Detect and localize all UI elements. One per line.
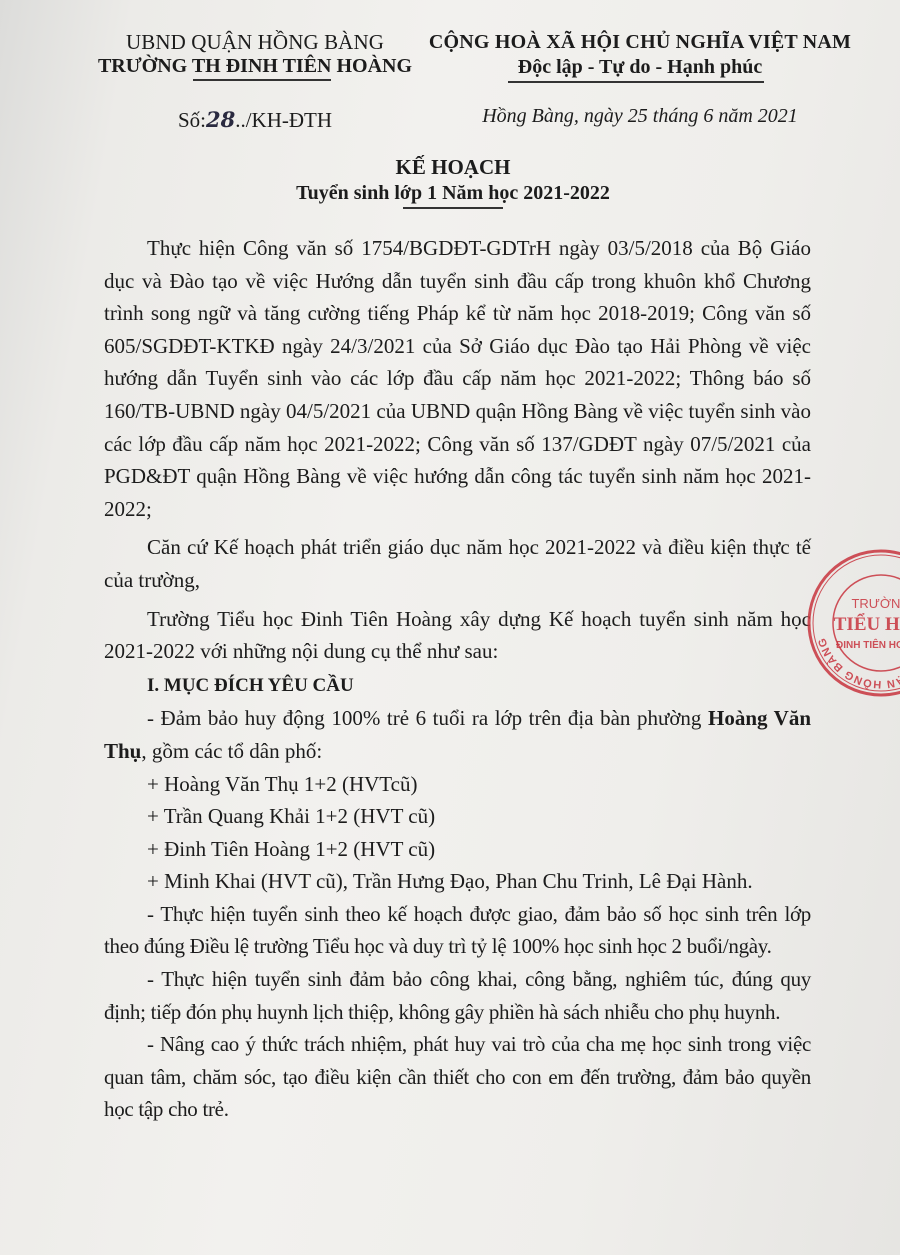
motto: Độc lập - Tự do - Hạnh phúc bbox=[420, 54, 860, 80]
item-1-suffix: , gồm các tổ dân phố: bbox=[141, 739, 322, 763]
document-number: Số:28../KH-ĐTH bbox=[90, 107, 420, 133]
national-motto-block: CỘNG HOÀ XÃ HỘI CHỦ NGHĨA VIỆT NAM Độc l… bbox=[420, 30, 860, 128]
basis-paragraph: Căn cứ Kế hoạch phát triển giáo dục năm … bbox=[104, 531, 811, 596]
country-name: CỘNG HOÀ XÃ HỘI CHỦ NGHĨA VIỆT NAM bbox=[420, 30, 860, 54]
doc-number-prefix: Số: bbox=[178, 108, 206, 132]
document-body: Thực hiện Công văn số 1754/BGDĐT-GDTrH n… bbox=[104, 232, 811, 1126]
item-1-prefix: - Đảm bảo huy động 100% trẻ 6 tuổi ra lớ… bbox=[147, 706, 708, 730]
neighborhood-item: + Đinh Tiên Hoàng 1+2 (HVT cũ) bbox=[147, 833, 811, 866]
document-title: KẾ HOẠCH bbox=[3, 154, 900, 180]
neighborhood-item: + Hoàng Văn Thụ 1+2 (HVTcũ) bbox=[147, 768, 811, 801]
seal-outer-text: ỦY BAN NHÂN DÂN QUẬN HỒNG BÀNG bbox=[816, 558, 900, 690]
svg-text:ỦY BAN NHÂN DÂN QUẬN HỒNG BÀNG: ỦY BAN NHÂN DÂN QUẬN HỒNG BÀNG bbox=[816, 558, 900, 690]
header-underline bbox=[193, 79, 331, 81]
seal-line-1: TRƯỜNG bbox=[851, 596, 900, 611]
intro-paragraph: Thực hiện Công văn số 1754/BGDĐT-GDTrH n… bbox=[104, 232, 811, 525]
district-name: UBND QUẬN HỒNG BÀNG bbox=[90, 30, 420, 54]
purpose-item-4: - Nâng cao ý thức trách nhiệm, phát huy … bbox=[104, 1028, 811, 1126]
school-name: TRƯỜNG TH ĐINH TIÊN HOÀNG bbox=[90, 54, 420, 78]
seal-line-2: TIỂU HỌC bbox=[834, 613, 900, 635]
official-seal-icon: ỦY BAN NHÂN DÂN QUẬN HỒNG BÀNG TRƯỜNG TI… bbox=[806, 548, 900, 698]
document-title-block: KẾ HOẠCH Tuyển sinh lớp 1 Năm học 2021-2… bbox=[0, 154, 900, 209]
statement-paragraph: Trường Tiểu học Đinh Tiên Hoàng xây dựng… bbox=[104, 603, 811, 668]
seal-line-3: ĐINH TIÊN HOÀNG bbox=[836, 638, 900, 651]
motto-underline bbox=[508, 81, 764, 83]
doc-number-handwritten: 28 bbox=[206, 107, 235, 132]
neighborhood-item: + Minh Khai (HVT cũ), Trần Hưng Đạo, Pha… bbox=[147, 865, 811, 898]
title-underline bbox=[403, 207, 503, 209]
issue-date: Hồng Bàng, ngày 25 tháng 6 năm 2021 bbox=[420, 105, 860, 128]
purpose-item-3: - Thực hiện tuyển sinh đảm bảo công khai… bbox=[104, 963, 811, 1028]
purpose-item-2: - Thực hiện tuyển sinh theo kế hoạch đượ… bbox=[104, 898, 811, 963]
neighborhood-item: + Trần Quang Khải 1+2 (HVT cũ) bbox=[147, 800, 811, 833]
doc-number-suffix: ../KH-ĐTH bbox=[235, 108, 332, 132]
purpose-item-1: - Đảm bảo huy động 100% trẻ 6 tuổi ra lớ… bbox=[104, 702, 811, 767]
section-1-heading: I. MỤC ĐÍCH YÊU CẦU bbox=[147, 670, 811, 703]
issuing-authority-block: UBND QUẬN HỒNG BÀNG TRƯỜNG TH ĐINH TIÊN … bbox=[90, 30, 420, 133]
document-subtitle: Tuyển sinh lớp 1 Năm học 2021-2022 bbox=[3, 180, 900, 206]
document-page: UBND QUẬN HỒNG BÀNG TRƯỜNG TH ĐINH TIÊN … bbox=[0, 0, 900, 1255]
